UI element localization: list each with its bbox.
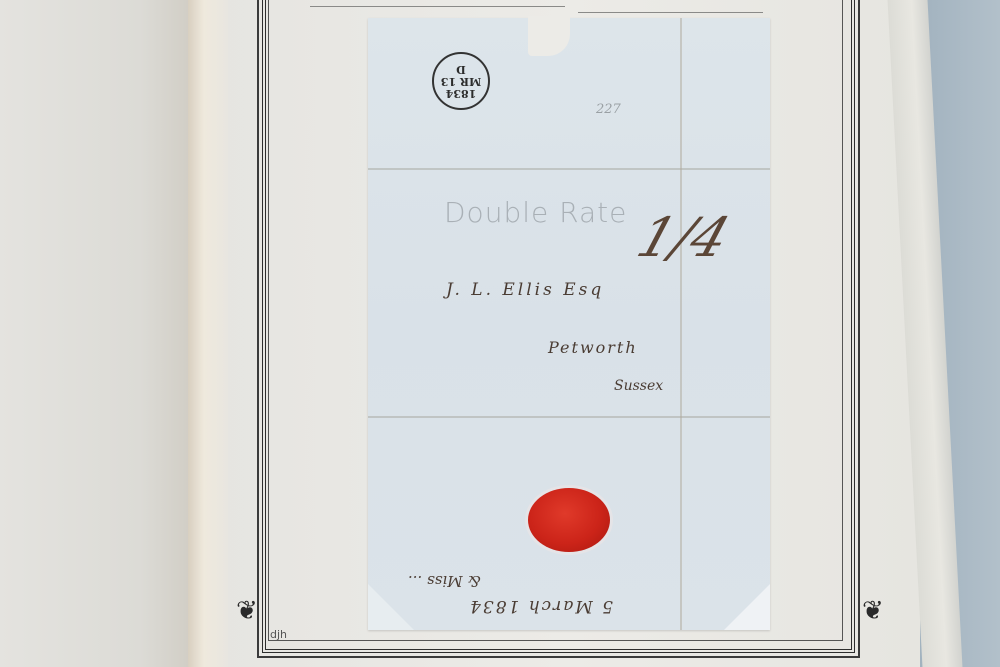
address-town: Petworth bbox=[548, 338, 638, 357]
postmark-year: 1834 bbox=[446, 87, 477, 99]
dated-postmark: 1834 MR 13 D bbox=[432, 52, 490, 110]
pencil-note-double-rate: Double Rate bbox=[444, 196, 627, 229]
address-addressee: J. L. Ellis Esq bbox=[446, 280, 604, 300]
postmark-date: MR 13 bbox=[441, 75, 481, 87]
manuscript-rate-mark: 1/4 bbox=[630, 206, 737, 269]
fold-line-upper bbox=[368, 168, 770, 170]
fold-line-vertical bbox=[680, 18, 682, 630]
red-wax-seal bbox=[528, 488, 610, 552]
album-monogram: djh bbox=[270, 628, 287, 641]
address-county: Sussex bbox=[614, 378, 663, 394]
photo-mount-corner-right bbox=[724, 584, 770, 630]
docket-line-2: & Miss ... bbox=[408, 572, 481, 590]
album-gutter bbox=[188, 0, 228, 667]
postmark-code: D bbox=[456, 63, 466, 75]
docket-line-1: 5 March 1834 bbox=[468, 596, 613, 616]
flourish-corner-bottom-right-icon: ❦ bbox=[862, 598, 884, 624]
album-left-page bbox=[0, 0, 200, 667]
fold-line-lower bbox=[368, 416, 770, 418]
pencil-reference-number: 227 bbox=[596, 102, 621, 117]
photo-scene: ❦ ❦ djh 1834 MR 13 D 227 Double Rate 1/4… bbox=[0, 0, 1000, 667]
folded-letter-cover: 1834 MR 13 D 227 Double Rate 1/4 J. L. E… bbox=[368, 18, 770, 630]
flourish-corner-bottom-left-icon: ❦ bbox=[236, 598, 258, 624]
photo-mount-corner-left bbox=[368, 584, 414, 630]
torn-notch bbox=[528, 16, 570, 56]
